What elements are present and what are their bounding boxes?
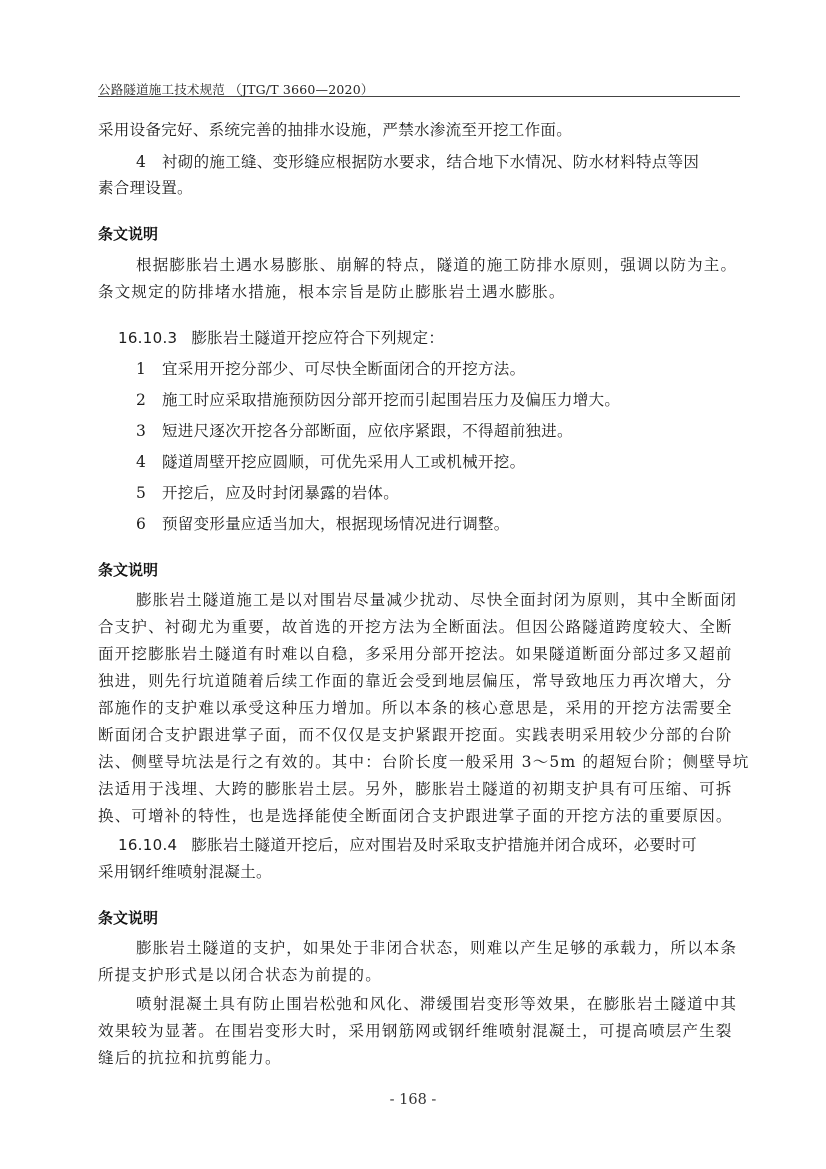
note-line: 膨胀岩土隧道施工是以对围岩尽量减少扰动、尽快全面封闭为原则，其中全断面闭	[136, 590, 737, 610]
list-item: 4隧道周壁开挖应圆顺，可优先采用人工或机械开挖。	[136, 452, 778, 472]
note-line: 合支护、衬砌尤为重要，故首选的开挖方法为全断面法。但因公路隧道跨度较大、全断	[98, 617, 733, 637]
list-item: 2施工时应采取措施预防因分部开挖而引起围岩压力及偏压力增大。	[136, 390, 778, 410]
list-item: 3短进尺逐次开挖各分部断面，应依序紧跟，不得超前独进。	[136, 421, 778, 441]
item-number: 6	[136, 514, 162, 534]
clause-number: 16.10.3	[118, 329, 177, 347]
list-item: 5开挖后，应及时封闭暴露的岩体。	[136, 483, 778, 503]
note-line: 缝后的抗拉和抗剪能力。	[98, 1048, 282, 1068]
clause-text: 膨胀岩土隧道开挖后，应对围岩及时采取支护措施并闭合成环，必要时可	[191, 836, 697, 854]
list-item: 6预留变形量应适当加大，根据现场情况进行调整。	[136, 514, 778, 534]
note-line: 膨胀岩土隧道的支护，如果处于非闭合状态，则难以产生足够的承载力，所以本条	[136, 938, 737, 958]
item-text: 隧道周壁开挖应圆顺，可优先采用人工或机械开挖。	[162, 453, 525, 471]
item-number: 4	[136, 452, 162, 472]
document-page: 公路隧道施工技术规范 （JTG/T 3660—2020） 采用设备完好、系统完善…	[0, 0, 826, 1169]
clause-number: 16.10.4	[118, 836, 177, 854]
item-text-continued: 素合理设置。	[98, 178, 740, 198]
item-number: 1	[136, 359, 162, 379]
continuation-text: 采用设备完好、系统完善的抽排水设施，严禁水渗流至开挖工作面。	[98, 120, 740, 140]
clause-text: 膨胀岩土隧道开挖应符合下列规定：	[191, 329, 444, 347]
note-line: 部施作的支护难以承受这种压力增加。所以本条的核心意思是，采用的开挖方法需要全	[98, 698, 733, 718]
note-line: 所提支护形式是以闭合状态为前提的。	[98, 965, 382, 985]
note-line: 法适用于浅埋、大跨的膨胀岩土层。另外，膨胀岩土隧道的初期支护具有可压缩、可拆	[98, 779, 733, 799]
note-line: 条文规定的防排堵水措施，根本宗旨是防止膨胀岩土遇水膨胀。	[98, 282, 566, 302]
list-item: 4衬砌的施工缝、变形缝应根据防水要求，结合地下水情况、防水材料特点等因	[136, 152, 778, 172]
note-line: 效果较为显著。在围岩变形大时，采用钢筋网或钢纤维喷射混凝土，可提高喷层产生裂	[98, 1021, 733, 1041]
item-text: 施工时应采取措施预防因分部开挖而引起围岩压力及偏压力增大。	[162, 391, 620, 409]
note-line: 根据膨胀岩土遇水易膨胀、崩解的特点，隧道的施工防排水原则，强调以防为主。	[136, 255, 737, 275]
item-text: 宜采用开挖分部少、可尽快全断面闭合的开挖方法。	[162, 360, 525, 378]
item-text: 衬砌的施工缝、变形缝应根据防水要求，结合地下水情况、防水材料特点等因	[162, 153, 699, 171]
note-line: 断面闭合支护跟进掌子面，而不仅仅是支护紧跟开挖面。实践表明采用较少分部的台阶	[98, 725, 733, 745]
clause-heading: 16.10.4膨胀岩土隧道开挖后，应对围岩及时采取支护措施并闭合成环，必要时可	[118, 835, 760, 855]
item-number: 3	[136, 421, 162, 441]
note-line: 喷射混凝土具有防止围岩松弛和风化、滞缓围岩变形等效果，在膨胀岩土隧道中其	[136, 994, 737, 1014]
list-item: 1宜采用开挖分部少、可尽快全断面闭合的开挖方法。	[136, 359, 778, 379]
note-title: 条文说明	[98, 908, 158, 928]
item-text: 短进尺逐次开挖各分部断面，应依序紧跟，不得超前独进。	[162, 422, 573, 440]
note-title: 条文说明	[98, 560, 158, 580]
item-number: 2	[136, 390, 162, 410]
note-line: 面开挖膨胀岩土隧道有时难以自稳，多采用分部开挖法。如果隧道断面分部过多又超前	[98, 644, 733, 664]
note-line: 法、侧壁导坑法是行之有效的。其中：台阶长度一般采用 3～5m 的超短台阶；侧壁导…	[98, 752, 749, 772]
note-title: 条文说明	[98, 224, 158, 244]
header-rule	[98, 96, 740, 97]
note-line: 独进，则先行坑道随着后续工作面的靠近会受到地层偏压，常导致地压力再次增大，分	[98, 671, 733, 691]
item-text: 预留变形量应适当加大，根据现场情况进行调整。	[162, 515, 510, 533]
clause-heading: 16.10.3膨胀岩土隧道开挖应符合下列规定：	[118, 328, 760, 348]
item-number: 4	[136, 152, 162, 172]
clause-text-continued: 采用钢纤维喷射混凝土。	[98, 862, 740, 882]
item-text: 开挖后，应及时封闭暴露的岩体。	[162, 484, 399, 502]
page-number: - 168 -	[0, 1092, 826, 1108]
note-line: 换、可增补的特性，也是选择能使全断面闭合支护跟进掌子面的开挖方法的重要原因。	[98, 806, 733, 826]
item-number: 5	[136, 483, 162, 503]
